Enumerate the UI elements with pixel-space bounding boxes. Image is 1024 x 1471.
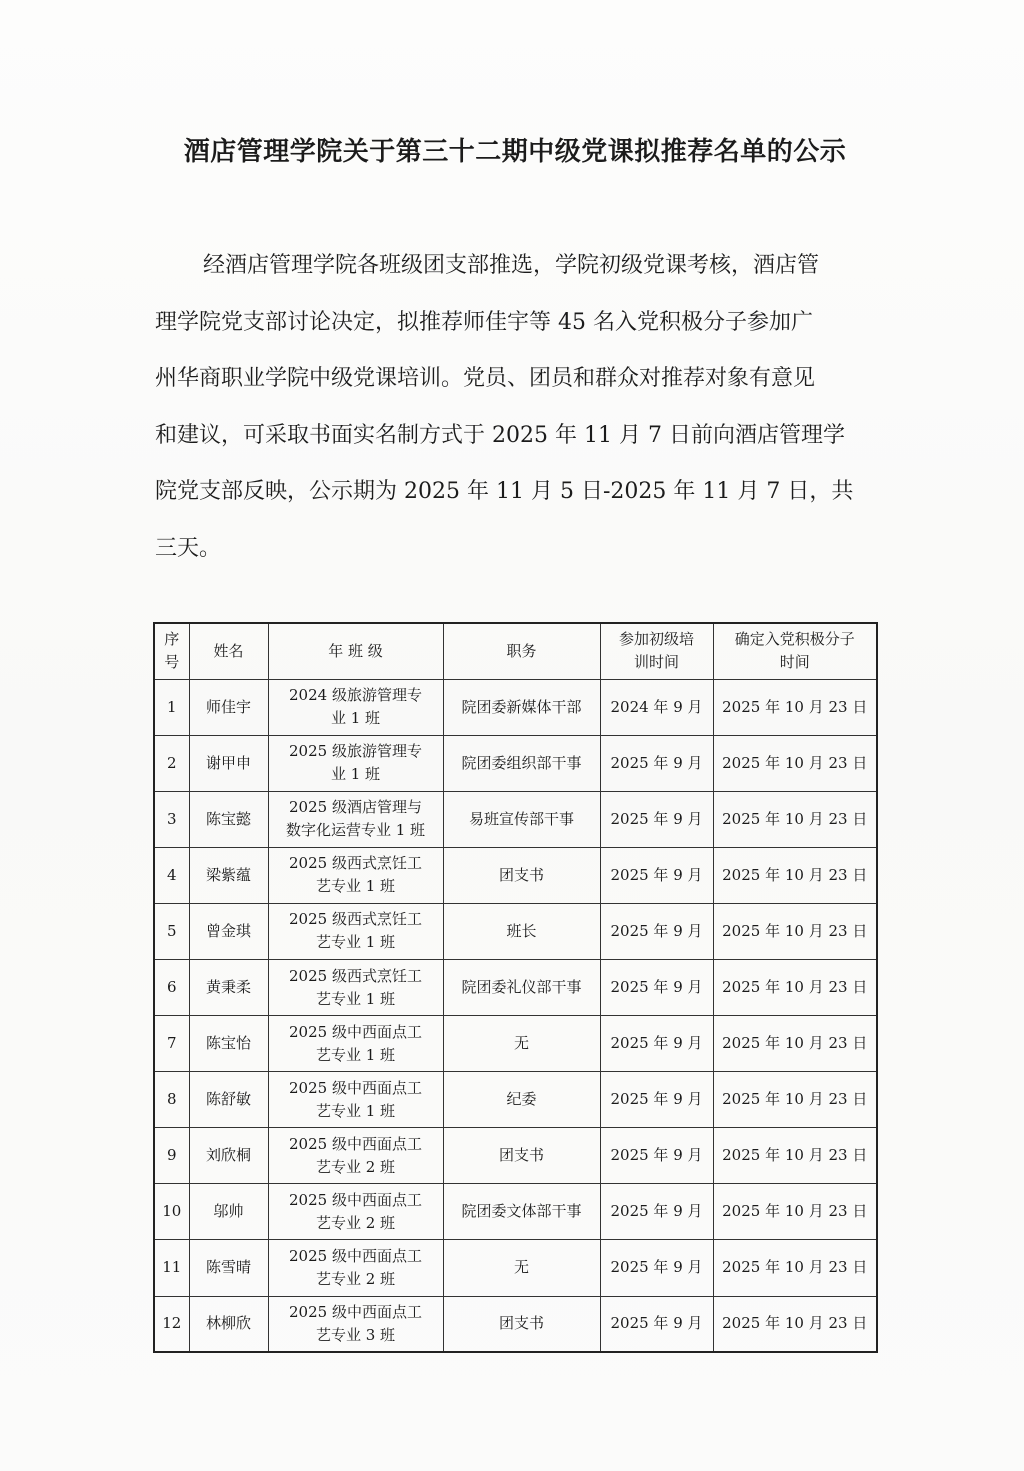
table-row: 9 刘欣桐 2025 级中西面点工艺专业 2 班 团支书 2025 年 9 月 … — [154, 1128, 877, 1184]
table-row: 3 陈宝懿 2025 级酒店管理与数字化运营专业 1 班 易班宣传部干事 202… — [154, 791, 877, 847]
cell-role: 院团委新媒体干部 — [443, 679, 600, 735]
cell-class: 2025 级中西面点工艺专业 2 班 — [268, 1184, 443, 1240]
cell-train-time: 2025 年 9 月 — [600, 1296, 713, 1352]
cell-train-time: 2025 年 9 月 — [600, 791, 713, 847]
table-row: 8 陈舒敏 2025 级中西面点工艺专业 1 班 纪委 2025 年 9 月 2… — [154, 1072, 877, 1128]
cell-class: 2025 级西式烹饪工艺专业 1 班 — [268, 847, 443, 903]
cell-class: 2025 级中西面点工艺专业 2 班 — [268, 1128, 443, 1184]
document-title: 酒店管理学院关于第三十二期中级党课拟推荐名单的公示 — [150, 132, 880, 172]
cell-seq: 8 — [154, 1072, 189, 1128]
cell-name: 陈舒敏 — [189, 1072, 268, 1128]
cell-seq: 5 — [154, 903, 189, 959]
cell-seq: 4 — [154, 847, 189, 903]
cell-role: 无 — [443, 1016, 600, 1072]
cell-confirm-time: 2025 年 10 月 23 日 — [713, 679, 877, 735]
table-header-row: 序 号 姓名 年 班 级 职务 参加初级培 训时间 确定入党积极分子 时间 — [154, 623, 877, 679]
cell-class: 2024 级旅游管理专业 1 班 — [268, 679, 443, 735]
cell-train-time: 2024 年 9 月 — [600, 679, 713, 735]
cell-name: 陈宝怡 — [189, 1016, 268, 1072]
table-row: 4 梁紫蕴 2025 级西式烹饪工艺专业 1 班 团支书 2025 年 9 月 … — [154, 847, 877, 903]
cell-seq: 11 — [154, 1240, 189, 1296]
cell-train-time: 2025 年 9 月 — [600, 1240, 713, 1296]
cell-name: 谢甲申 — [189, 735, 268, 791]
cell-role: 无 — [443, 1240, 600, 1296]
table-row: 2 谢甲申 2025 级旅游管理专业 1 班 院团委组织部干事 2025 年 9… — [154, 735, 877, 791]
cell-role: 院团委文体部干事 — [443, 1184, 600, 1240]
cell-role: 团支书 — [443, 847, 600, 903]
body-line: 经酒店管理学院各班级团支部推选，学院初级党课考核，酒店管 — [155, 238, 877, 295]
cell-name: 梁紫蕴 — [189, 847, 268, 903]
cell-train-time: 2025 年 9 月 — [600, 1184, 713, 1240]
cell-name: 邬帅 — [189, 1184, 268, 1240]
cell-seq: 9 — [154, 1128, 189, 1184]
body-line: 三天。 — [155, 521, 877, 578]
cell-seq: 3 — [154, 791, 189, 847]
cell-name: 陈宝懿 — [189, 791, 268, 847]
cell-confirm-time: 2025 年 10 月 23 日 — [713, 1240, 877, 1296]
header-role: 职务 — [443, 623, 600, 679]
cell-confirm-time: 2025 年 10 月 23 日 — [713, 903, 877, 959]
cell-name: 陈雪晴 — [189, 1240, 268, 1296]
cell-seq: 12 — [154, 1296, 189, 1352]
cell-name: 师佳宇 — [189, 679, 268, 735]
table-row: 5 曾金琪 2025 级西式烹饪工艺专业 1 班 班长 2025 年 9 月 2… — [154, 903, 877, 959]
cell-class: 2025 级中西面点工艺专业 3 班 — [268, 1296, 443, 1352]
cell-train-time: 2025 年 9 月 — [600, 1016, 713, 1072]
body-line: 理学院党支部讨论决定，拟推荐师佳宇等 45 名入党积极分子参加广 — [155, 295, 877, 352]
cell-train-time: 2025 年 9 月 — [600, 903, 713, 959]
cell-class: 2025 级西式烹饪工艺专业 1 班 — [268, 903, 443, 959]
recommendation-table: 序 号 姓名 年 班 级 职务 参加初级培 训时间 确定入党积极分子 时间 1 — [153, 622, 878, 1353]
cell-train-time: 2025 年 9 月 — [600, 1128, 713, 1184]
header-class: 年 班 级 — [268, 623, 443, 679]
cell-name: 黄秉柔 — [189, 959, 268, 1015]
table-row: 7 陈宝怡 2025 级中西面点工艺专业 1 班 无 2025 年 9 月 20… — [154, 1016, 877, 1072]
announcement-body: 经酒店管理学院各班级团支部推选，学院初级党课考核，酒店管 理学院党支部讨论决定，… — [155, 238, 877, 577]
body-line: 州华商职业学院中级党课培训。党员、团员和群众对推荐对象有意见 — [155, 351, 877, 408]
cell-class: 2025 级中西面点工艺专业 2 班 — [268, 1240, 443, 1296]
header-seq: 序 号 — [154, 623, 189, 679]
cell-confirm-time: 2025 年 10 月 23 日 — [713, 847, 877, 903]
body-line: 和建议，可采取书面实名制方式于 2025 年 11 月 7 日前向酒店管理学 — [155, 408, 877, 465]
cell-class: 2025 级酒店管理与数字化运营专业 1 班 — [268, 791, 443, 847]
cell-seq: 6 — [154, 959, 189, 1015]
cell-role: 团支书 — [443, 1128, 600, 1184]
body-line: 院党支部反映，公示期为 2025 年 11 月 5 日-2025 年 11 月 … — [155, 464, 877, 521]
cell-confirm-time: 2025 年 10 月 23 日 — [713, 791, 877, 847]
cell-seq: 10 — [154, 1184, 189, 1240]
table-row: 10 邬帅 2025 级中西面点工艺专业 2 班 院团委文体部干事 2025 年… — [154, 1184, 877, 1240]
cell-confirm-time: 2025 年 10 月 23 日 — [713, 735, 877, 791]
table-row: 11 陈雪晴 2025 级中西面点工艺专业 2 班 无 2025 年 9 月 2… — [154, 1240, 877, 1296]
document-page: 酒店管理学院关于第三十二期中级党课拟推荐名单的公示 经酒店管理学院各班级团支部推… — [0, 0, 1024, 1471]
cell-name: 林柳欣 — [189, 1296, 268, 1352]
cell-name: 刘欣桐 — [189, 1128, 268, 1184]
cell-confirm-time: 2025 年 10 月 23 日 — [713, 1296, 877, 1352]
cell-role: 院团委组织部干事 — [443, 735, 600, 791]
cell-train-time: 2025 年 9 月 — [600, 847, 713, 903]
cell-confirm-time: 2025 年 10 月 23 日 — [713, 1072, 877, 1128]
header-name: 姓名 — [189, 623, 268, 679]
table-row: 1 师佳宇 2024 级旅游管理专业 1 班 院团委新媒体干部 2024 年 9… — [154, 679, 877, 735]
cell-name: 曾金琪 — [189, 903, 268, 959]
header-train-time: 参加初级培 训时间 — [600, 623, 713, 679]
cell-role: 班长 — [443, 903, 600, 959]
cell-role: 团支书 — [443, 1296, 600, 1352]
cell-confirm-time: 2025 年 10 月 23 日 — [713, 959, 877, 1015]
table-row: 6 黄秉柔 2025 级西式烹饪工艺专业 1 班 院团委礼仪部干事 2025 年… — [154, 959, 877, 1015]
cell-seq: 1 — [154, 679, 189, 735]
cell-role: 易班宣传部干事 — [443, 791, 600, 847]
cell-class: 2025 级中西面点工艺专业 1 班 — [268, 1072, 443, 1128]
cell-train-time: 2025 年 9 月 — [600, 959, 713, 1015]
cell-train-time: 2025 年 9 月 — [600, 1072, 713, 1128]
cell-role: 院团委礼仪部干事 — [443, 959, 600, 1015]
cell-class: 2025 级西式烹饪工艺专业 1 班 — [268, 959, 443, 1015]
cell-confirm-time: 2025 年 10 月 23 日 — [713, 1016, 877, 1072]
cell-confirm-time: 2025 年 10 月 23 日 — [713, 1128, 877, 1184]
header-confirm-time: 确定入党积极分子 时间 — [713, 623, 877, 679]
cell-role: 纪委 — [443, 1072, 600, 1128]
cell-confirm-time: 2025 年 10 月 23 日 — [713, 1184, 877, 1240]
cell-seq: 7 — [154, 1016, 189, 1072]
cell-train-time: 2025 年 9 月 — [600, 735, 713, 791]
cell-class: 2025 级中西面点工艺专业 1 班 — [268, 1016, 443, 1072]
cell-class: 2025 级旅游管理专业 1 班 — [268, 735, 443, 791]
cell-seq: 2 — [154, 735, 189, 791]
table-row: 12 林柳欣 2025 级中西面点工艺专业 3 班 团支书 2025 年 9 月… — [154, 1296, 877, 1352]
